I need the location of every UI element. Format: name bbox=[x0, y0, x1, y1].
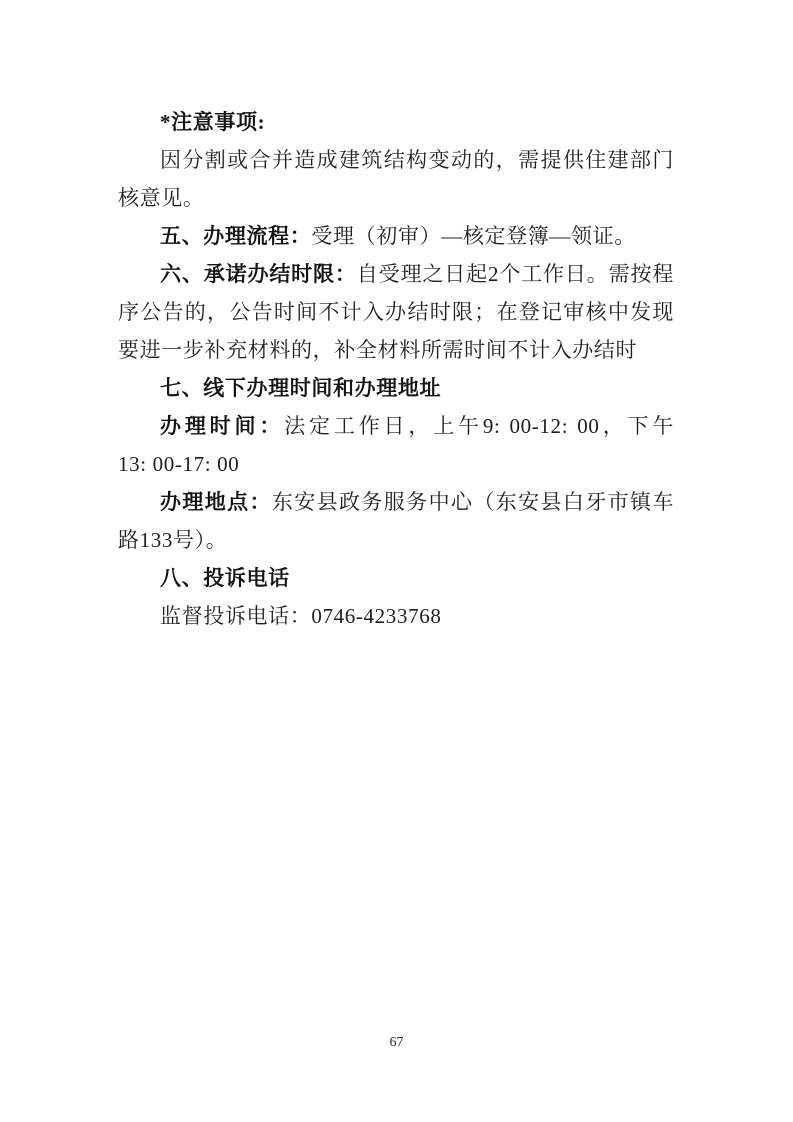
body-text: 序公告的，公告时间不计入办结时限；在登记审核中发现需 bbox=[118, 300, 674, 331]
document-lines: *注意事项:因分割或合并造成建筑结构变动的，需提供住建部门审核意见。五、办理流程… bbox=[118, 103, 674, 635]
body-text: 法定工作日，上午9: 00-12: 00，下午 bbox=[284, 414, 674, 438]
text-line: 监督投诉电话：0746-4233768 bbox=[118, 597, 674, 635]
body-text: 自受理之日起2个工作日。需按程 bbox=[357, 262, 674, 286]
heading-text: 八、投诉电话 bbox=[160, 566, 290, 590]
text-line: 核意见。 bbox=[118, 179, 674, 217]
body-text: 受理（初审）—核定登簿—领证。 bbox=[311, 224, 635, 248]
text-line: 因分割或合并造成建筑结构变动的，需提供住建部门审 bbox=[118, 141, 674, 179]
text-line: 序公告的，公告时间不计入办结时限；在登记审核中发现需 bbox=[118, 293, 674, 331]
body-text: 因分割或合并造成建筑结构变动的，需提供住建部门审 bbox=[118, 148, 674, 179]
text-line: 五、办理流程：受理（初审）—核定登簿—领证。 bbox=[118, 217, 674, 255]
text-line: 路133号）。 bbox=[118, 521, 674, 559]
body-text: 监督投诉电话：0746-4233768 bbox=[160, 604, 441, 628]
document-page: *注意事项:因分割或合并造成建筑结构变动的，需提供住建部门审核意见。五、办理流程… bbox=[0, 0, 793, 1122]
body-text: 要进一步补充材料的，补全材料所需时间不计入办结时限。 bbox=[118, 338, 637, 369]
text-line: 办理时间：法定工作日，上午9: 00-12: 00，下午 bbox=[118, 407, 674, 445]
text-line: 13: 00-17: 00 bbox=[118, 445, 674, 483]
text-line: 六、承诺办结时限：自受理之日起2个工作日。需按程 bbox=[118, 255, 674, 293]
body-text: 核意见。 bbox=[118, 186, 205, 210]
heading-text: *注意事项: bbox=[160, 110, 265, 134]
heading-text: 办理时间： bbox=[160, 414, 284, 438]
text-line: 八、投诉电话 bbox=[118, 559, 674, 597]
heading-text: 五、办理流程： bbox=[160, 224, 311, 248]
heading-text: 六、承诺办结时限： bbox=[160, 262, 357, 286]
body-text: 13: 00-17: 00 bbox=[118, 452, 239, 476]
heading-text: 七、线下办理时间和办理地址 bbox=[160, 376, 441, 400]
text-line: 七、线下办理时间和办理地址 bbox=[118, 369, 674, 407]
text-line: 要进一步补充材料的，补全材料所需时间不计入办结时限。 bbox=[118, 331, 674, 369]
page-number: 67 bbox=[0, 1033, 793, 1053]
body-text: 路133号）。 bbox=[118, 528, 227, 552]
text-line: *注意事项: bbox=[118, 103, 674, 141]
text-line: 办理地点：东安县政务服务中心（东安县白牙市镇车站 bbox=[118, 483, 674, 521]
heading-text: 办理地点： bbox=[160, 490, 272, 514]
